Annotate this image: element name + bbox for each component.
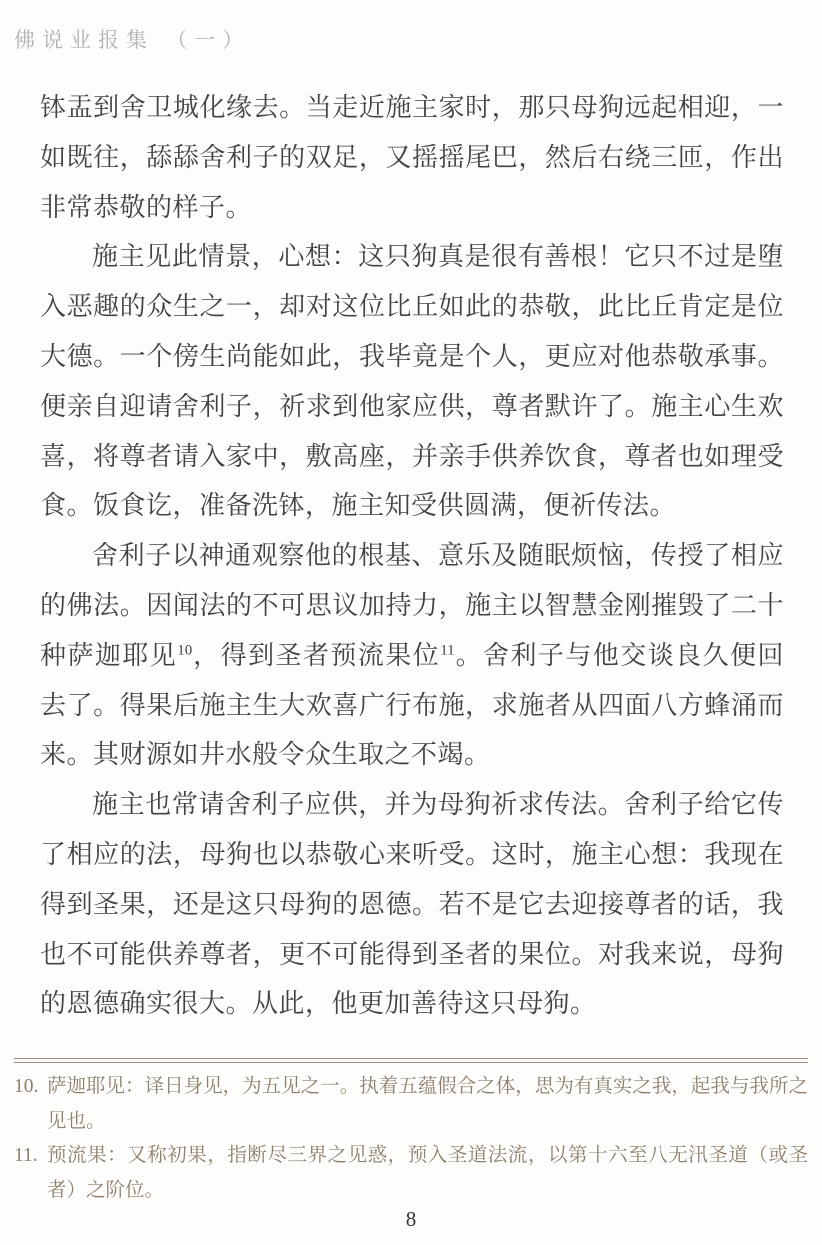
paragraph: 舍利子以神通观察他的根基、意乐及随眠烦恼，传授了相应的佛法。因闻法的不可思议加持… (40, 531, 784, 780)
footnote-list: 10.萨迦耶见：译日身见，为五见之一。执着五蕴假合之体，思为有真实之我，起我与我… (14, 1070, 808, 1208)
paragraph: 施主见此情景，心想：这只狗真是很有善根！它只不过是堕入恶趣的众生之一，却对这位比… (40, 232, 784, 531)
footnote-ref: 11 (440, 642, 454, 658)
paragraph: 钵盂到舍卫城化缘去。当走近施主家时，那只母狗远起相迎，一如既往，舔舔舍利子的双足… (40, 83, 784, 232)
paragraph: 施主也常请舍利子应供，并为母狗祈求传法。舍利子给它传了相应的法，母狗也以恭敬心来… (40, 780, 784, 1029)
page-number: 8 (0, 1207, 822, 1232)
running-header: 佛说业报集 （一） (14, 24, 250, 54)
footnote-number: 10. (14, 1070, 38, 1105)
footnote-separator-rule (14, 1058, 808, 1063)
body-text: 钵盂到舍卫城化缘去。当走近施主家时，那只母狗远起相迎，一如既往，舔舔舍利子的双足… (40, 83, 784, 1029)
book-page: 佛说业报集 （一） 钵盂到舍卫城化缘去。当走近施主家时，那只母狗远起相迎，一如既… (0, 0, 822, 1245)
footnote-number: 11. (14, 1139, 38, 1174)
footnote-ref: 10 (177, 642, 192, 658)
footnote: 11.预流果：又称初果，指断尽三界之见惑，预入圣道法流，以第十六至八无汛圣道（或… (14, 1139, 808, 1208)
footnote-area: 10.萨迦耶见：译日身见，为五见之一。执着五蕴假合之体，思为有真实之我，起我与我… (14, 1058, 808, 1208)
footnote: 10.萨迦耶见：译日身见，为五见之一。执着五蕴假合之体，思为有真实之我，起我与我… (14, 1070, 808, 1139)
